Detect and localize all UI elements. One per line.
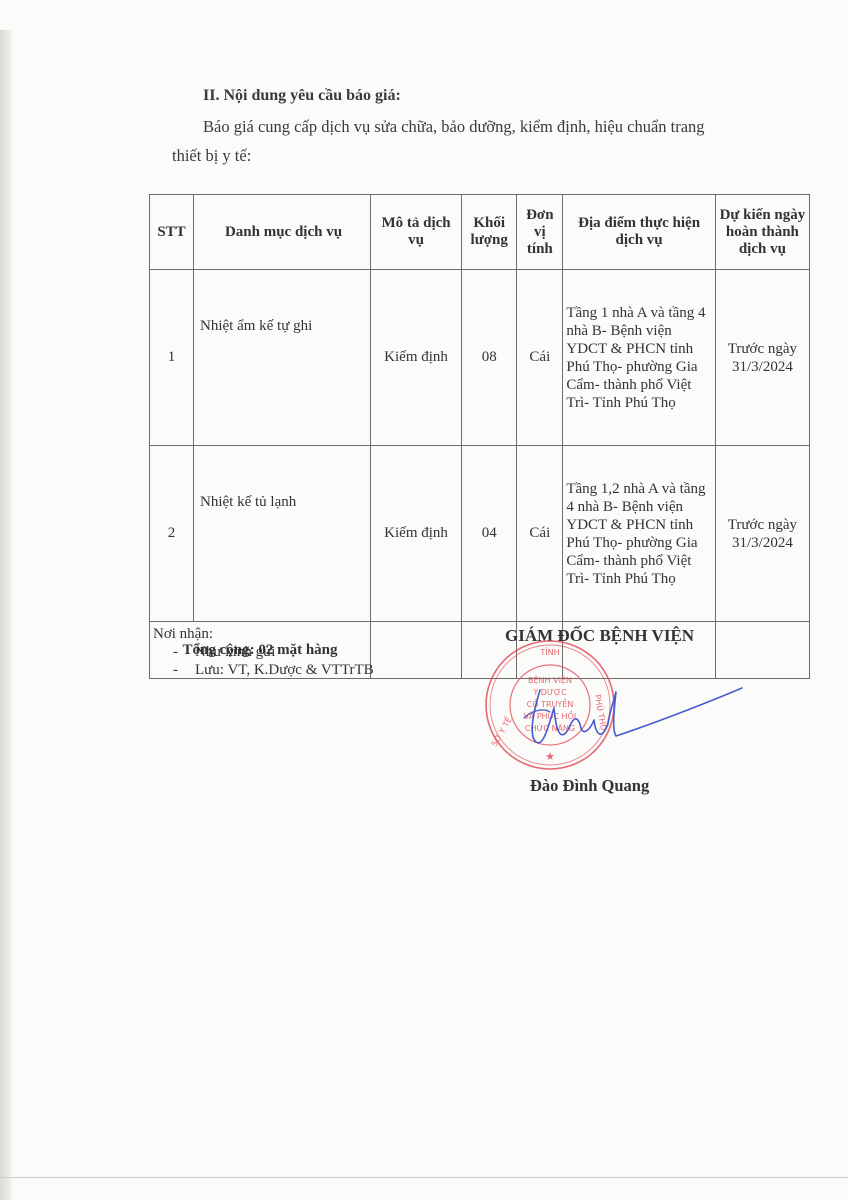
cell-service-name: Nhiệt kế tủ lạnh — [194, 446, 371, 622]
cell-description: Kiểm định — [371, 446, 462, 622]
header-quantity: Khối lượng — [462, 195, 517, 270]
cell-location: Tầng 1 nhà A và tầng 4 nhà B- Bệnh viện … — [563, 270, 715, 446]
recipients-list: - Như kính gửi - Lưu: VT, K.Dược & VTTrT… — [173, 643, 374, 679]
cell-unit: Cái — [517, 446, 563, 622]
cell-stt: 2 — [150, 446, 194, 622]
signer-name: Đào Đình Quang — [530, 776, 649, 796]
header-unit: Đơn vị tính — [517, 195, 563, 270]
table-header-row: STT Danh mục dịch vụ Mô tả dịch vụ Khối … — [150, 195, 810, 270]
table-row: 2 Nhiệt kế tủ lạnh Kiểm định 04 Cái Tầng… — [150, 446, 810, 622]
recipients-label: Nơi nhận: — [153, 625, 374, 643]
bullet-dash: - — [173, 661, 178, 679]
recipient-item: - Lưu: VT, K.Dược & VTTrTB — [173, 661, 374, 679]
recipient-item: - Như kính gửi — [173, 643, 374, 661]
cell-description: Kiểm định — [371, 270, 462, 446]
header-description: Mô tả dịch vụ — [371, 195, 462, 270]
stamp-text-top: TỈNH — [539, 646, 559, 657]
cell-service-name: Nhiệt ẩm kế tự ghi — [194, 270, 371, 446]
header-service-name: Danh mục dịch vụ — [194, 195, 371, 270]
empty-cell — [371, 622, 462, 679]
recipients-block: Nơi nhận: - Như kính gửi - Lưu: VT, K.Dư… — [153, 625, 374, 679]
header-location: Địa điểm thực hiện dịch vụ — [563, 195, 715, 270]
header-stt: STT — [150, 195, 194, 270]
cell-quantity: 08 — [462, 270, 517, 446]
cell-completion-date: Trước ngày 31/3/2024 — [715, 270, 809, 446]
section-title: II. Nội dung yêu cầu báo giá: — [203, 87, 401, 105]
handwritten-signature — [520, 680, 760, 755]
recipient-text: Như kính gửi — [195, 644, 275, 660]
services-table: STT Danh mục dịch vụ Mô tả dịch vụ Khối … — [149, 194, 810, 679]
header-completion-date: Dự kiến ngày hoàn thành dịch vụ — [715, 195, 809, 270]
page-bottom-line — [0, 1177, 848, 1178]
cell-quantity: 04 — [462, 446, 517, 622]
cell-stt: 1 — [150, 270, 194, 446]
cell-location: Tầng 1,2 nhà A và tầng 4 nhà B- Bệnh việ… — [563, 446, 715, 622]
table-row: 1 Nhiệt ẩm kế tự ghi Kiểm định 08 Cái Tầ… — [150, 270, 810, 446]
intro-paragraph-line-2: thiết bị y tế: — [172, 146, 251, 166]
cell-completion-date: Trước ngày 31/3/2024 — [715, 446, 809, 622]
recipient-text: Lưu: VT, K.Dược & VTTrTB — [195, 662, 374, 678]
empty-cell — [715, 622, 809, 679]
scan-edge — [0, 30, 12, 1200]
cell-unit: Cái — [517, 270, 563, 446]
bullet-dash: - — [173, 643, 178, 661]
intro-paragraph-line-1: Báo giá cung cấp dịch vụ sửa chữa, bảo d… — [203, 117, 705, 137]
